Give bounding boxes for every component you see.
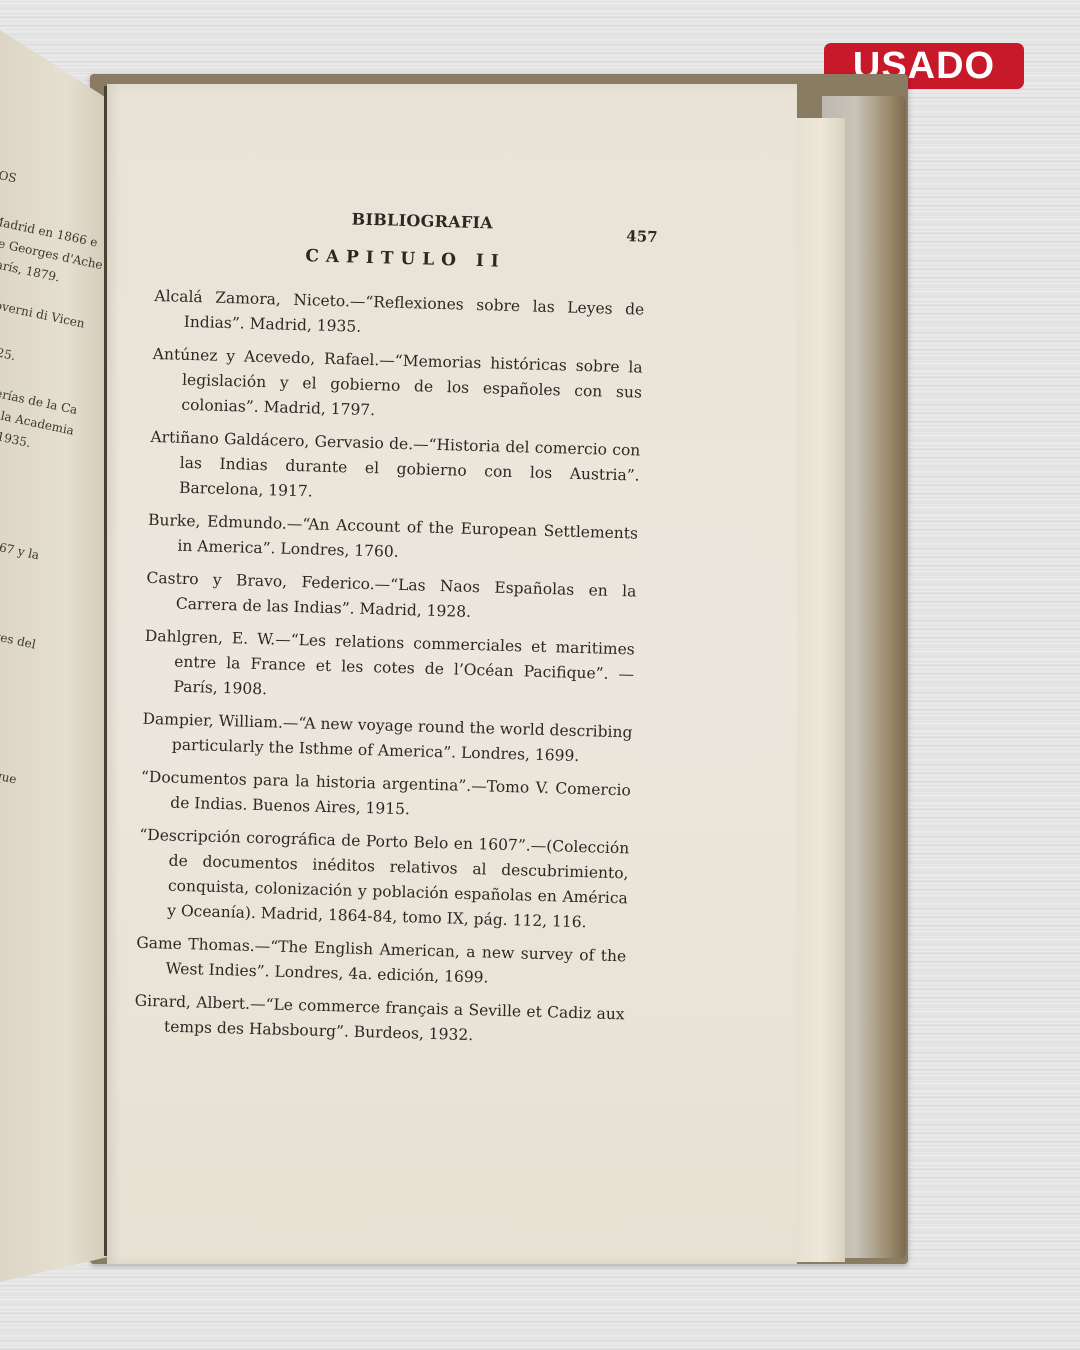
left-fragment: ari, 1925.	[0, 335, 58, 373]
bibliography-entry: Burke, Edmundo.—“An Account of the Europ…	[147, 508, 638, 572]
bibliography-entry: “Documentos para la historia argentina”.…	[140, 765, 631, 829]
bibliography-entry: Dampier, William.—“A new voyage round th…	[142, 707, 633, 771]
page-number: 457	[626, 227, 658, 246]
left-page-text: IOS ' Madrid en 1866 e e de Georges d'Ac…	[0, 165, 94, 905]
left-fragment: IOS	[0, 165, 94, 203]
left-page: IOS ' Madrid en 1866 e e de Georges d'Ac…	[0, 30, 108, 1282]
page-stack-edge	[796, 118, 845, 1262]
bibliography-entry: Girard, Albert.—“Le commerce français a …	[134, 989, 625, 1053]
bibliography-entry: Dahlgren, E. W.—“Les relations commercia…	[143, 624, 635, 713]
right-page: BIBLIOGRAFIA 457 CAPITULO II Alcalá Zamo…	[107, 84, 797, 1264]
bibliography-entry: Antúnez y Acevedo, Rafael.—“Memorias his…	[151, 342, 643, 431]
bibliography-entry: “Descripción corográfica de Porto Belo e…	[137, 823, 630, 937]
left-fragment: Lima, Legajo 67 y la	[0, 521, 18, 559]
running-title: BIBLIOGRAFIA	[351, 209, 493, 232]
bibliography-entry: Castro y Bravo, Federico.—“Las Naos Espa…	[145, 566, 636, 630]
page-content: BIBLIOGRAFIA 457 CAPITULO II Alcalá Zamo…	[133, 204, 646, 1060]
bibliography-entry: Alcalá Zamora, Niceto.—“Reflexiones sobr…	[153, 284, 644, 348]
bibliography-entry: Game Thomas.—“The English American, a ne…	[135, 931, 626, 995]
left-fragment: de Governi di Vicen	[0, 290, 67, 328]
bibliography-entry: Artiñano Galdácero, Gervasio de.—“Histor…	[149, 425, 641, 514]
